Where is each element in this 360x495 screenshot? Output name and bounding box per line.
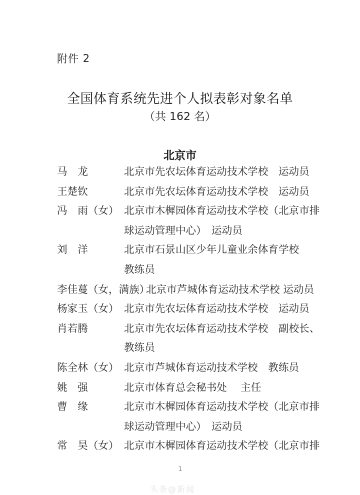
document-subtitle: （共 162 名） bbox=[0, 108, 360, 124]
document-page: 附件 2 全国体育系统先进个人拟表彰对象名单 （共 162 名） 北京市 马 龙… bbox=[0, 0, 360, 495]
honoree-org: 北京市先农坛体育运动技术学校 副校长、 bbox=[124, 320, 320, 340]
list-item-continuation: 球运动管理中心） 运动员 bbox=[57, 222, 317, 242]
list-item: 李佳蔓（女，满族） 北京市芦城体育运动技术学校 运动员 bbox=[57, 281, 317, 301]
region-heading: 北京市 bbox=[0, 147, 360, 163]
honoree-name: 陈全林（女） bbox=[57, 359, 119, 379]
honoree-name: 王楚钦 bbox=[57, 183, 88, 203]
list-item-continuation: 球运动管理中心） 运动员 bbox=[57, 418, 317, 438]
document-title: 全国体育系统先进个人拟表彰对象名单 bbox=[0, 88, 360, 107]
honoree-org: 北京市石景山区少年儿童业余体育学校 bbox=[124, 241, 299, 261]
honoree-org-continued: 教练员 bbox=[124, 261, 155, 281]
honoree-org: 北京市木樨园体育运动技术学校（北京市排 bbox=[124, 398, 320, 418]
honoree-org: 北京市木樨园体育运动技术学校（北京市排 bbox=[124, 437, 320, 457]
list-item: 王楚钦 北京市先农坛体育运动技术学校 运动员 bbox=[57, 183, 317, 203]
honoree-org: 北京市芦城体育运动技术学校 教练员 bbox=[124, 359, 299, 379]
honoree-org-continued: 球运动管理中心） 运动员 bbox=[124, 222, 242, 242]
list-item: 常 昊（女） 北京市木樨园体育运动技术学校（北京市排 bbox=[57, 437, 317, 457]
page-number: 1 bbox=[178, 465, 182, 473]
honoree-org-continued: 球运动管理中心） 运动员 bbox=[124, 418, 242, 438]
attachment-label: 附件 2 bbox=[57, 51, 90, 66]
honoree-name: 杨家玉（女） bbox=[57, 300, 119, 320]
honoree-org: 北京市先农坛体育运动技术学校 运动员 bbox=[124, 300, 309, 320]
honoree-name: 李佳蔓（女，满族） bbox=[57, 281, 150, 301]
honoree-org-continued: 教练员 bbox=[124, 339, 155, 359]
watermark: 头条@新闻 bbox=[150, 484, 195, 495]
honoree-name: 冯 雨（女） bbox=[57, 202, 119, 222]
honoree-name: 马 龙 bbox=[57, 163, 88, 183]
honoree-org: 北京市先农坛体育运动技术学校 运动员 bbox=[124, 183, 309, 203]
list-item: 姚 强 北京市体育总会秘书处 主任 bbox=[57, 379, 317, 399]
honoree-org: 北京市芦城体育运动技术学校 运动员 bbox=[146, 281, 314, 301]
list-item: 陈全林（女） 北京市芦城体育运动技术学校 教练员 bbox=[57, 359, 317, 379]
list-item-continuation: 教练员 bbox=[57, 261, 317, 281]
honoree-name: 常 昊（女） bbox=[57, 437, 119, 457]
honoree-name: 肖若腾 bbox=[57, 320, 88, 340]
honoree-org: 北京市先农坛体育运动技术学校 运动员 bbox=[124, 163, 309, 183]
honoree-list: 马 龙 北京市先农坛体育运动技术学校 运动员 王楚钦 北京市先农坛体育运动技术学… bbox=[57, 163, 317, 457]
list-item: 曹 缘 北京市木樨园体育运动技术学校（北京市排 bbox=[57, 398, 317, 418]
list-item: 刘 洋 北京市石景山区少年儿童业余体育学校 bbox=[57, 241, 317, 261]
honoree-org: 北京市木樨园体育运动技术学校（北京市排 bbox=[124, 202, 320, 222]
list-item: 冯 雨（女） 北京市木樨园体育运动技术学校（北京市排 bbox=[57, 202, 317, 222]
list-item-continuation: 教练员 bbox=[57, 339, 317, 359]
honoree-name: 姚 强 bbox=[57, 379, 88, 399]
honoree-org: 北京市体育总会秘书处 主任 bbox=[124, 379, 261, 399]
list-item: 肖若腾 北京市先农坛体育运动技术学校 副校长、 bbox=[57, 320, 317, 340]
honoree-name: 曹 缘 bbox=[57, 398, 88, 418]
list-item: 马 龙 北京市先农坛体育运动技术学校 运动员 bbox=[57, 163, 317, 183]
honoree-name: 刘 洋 bbox=[57, 241, 88, 261]
list-item: 杨家玉（女） 北京市先农坛体育运动技术学校 运动员 bbox=[57, 300, 317, 320]
